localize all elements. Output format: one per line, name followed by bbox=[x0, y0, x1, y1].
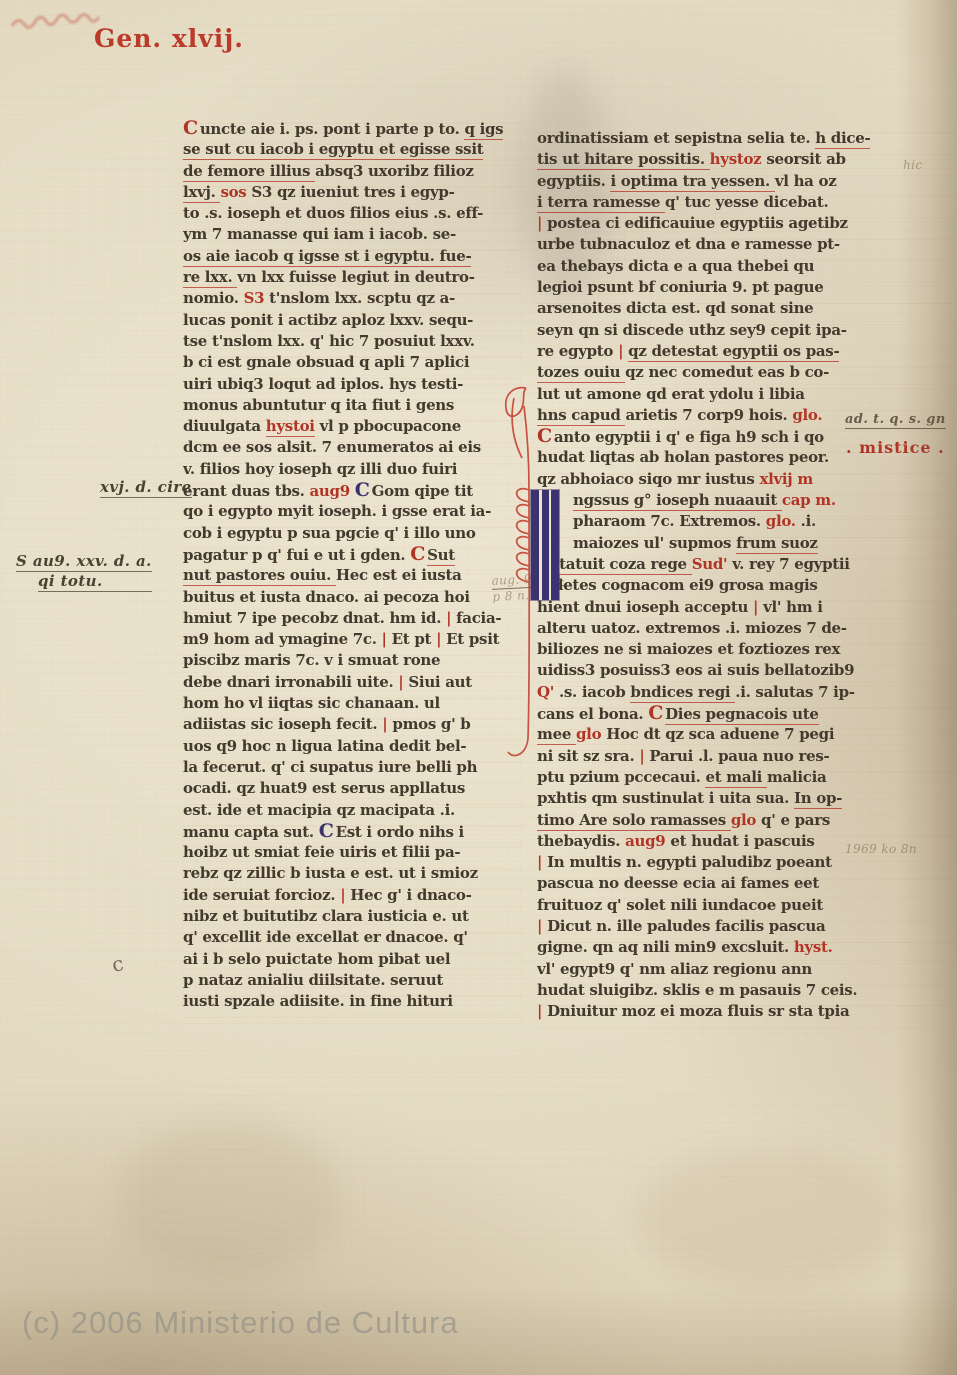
text-line: b ci est gnale obsuad q apli 7 aplici bbox=[183, 352, 525, 373]
body-text: uiri ubiq3 loqut ad iplos. hys testi- bbox=[183, 375, 463, 393]
text-line: ea thebays dicta e a qua thebei qu bbox=[537, 256, 909, 277]
body-text: ni sit sz sra. bbox=[537, 747, 639, 765]
body-text: uncte aie i. ps. pont i parte p to. bbox=[200, 120, 465, 138]
body-text: vn lxx fuisse legiut in deutro- bbox=[237, 268, 474, 286]
body-text: monus abuntutur q ita fiut i gens bbox=[183, 396, 454, 414]
body-text: maiozes ul' supmos bbox=[573, 534, 736, 552]
paraph-mark: C bbox=[355, 479, 370, 501]
body-text: Est i ordo nihs i bbox=[336, 823, 464, 841]
text-line: tse t'nslom lxx. q' hic 7 posuiut lxxv. bbox=[183, 331, 525, 352]
text-line: iusti spzale adiisite. in fine hituri bbox=[183, 991, 525, 1012]
body-text: Dicut n. ille paludes facilis pascua bbox=[547, 917, 825, 935]
body-text: hns capud bbox=[537, 406, 625, 426]
rubric-text: Sud' bbox=[692, 555, 733, 573]
body-text: et hudat i pascuis bbox=[670, 832, 814, 850]
body-text: statuit coza rege bbox=[551, 555, 692, 575]
copyright-watermark: (c) 2006 Ministerio de Cultura bbox=[22, 1305, 459, 1341]
body-text: lxvj. bbox=[183, 183, 220, 203]
body-text: qz abhoiaco siqo mr iustus bbox=[537, 470, 759, 488]
text-line: adiistas sic ioseph fecit. | pmos g' b bbox=[183, 714, 525, 735]
text-line: se sut cu iacob i egyptu et egisse ssit bbox=[183, 139, 525, 160]
text-line: pagatur p q' fui e ut i gden. CSut bbox=[183, 544, 525, 565]
rubric-text: | bbox=[382, 630, 392, 648]
body-text: se sut cu iacob i egyptu et egisse ssit bbox=[183, 140, 483, 160]
body-text: anto egyptii i q' e figa h9 sch i qo bbox=[554, 428, 824, 446]
text-line: uos q9 hoc n ligua latina dedit bel- bbox=[183, 736, 525, 757]
body-text: .i. salutas 7 ip- bbox=[735, 683, 854, 701]
body-text: la fecerut. q' ci supatus iure belli ph bbox=[183, 758, 477, 776]
text-line: hudat sluigibz. sklis e m pasauis 7 ceis… bbox=[537, 980, 909, 1001]
body-text: absq3 uxoribz filioz bbox=[315, 162, 474, 180]
text-line: hns capud arietis 7 corp9 hois. glo. bbox=[537, 405, 909, 426]
body-text: legioi psunt bf coniuria 9. pt pague bbox=[537, 278, 823, 296]
text-line: Cuncte aie i. ps. pont i parte p to. q i… bbox=[183, 118, 525, 139]
margin-note-left-1: xvj. d. cire bbox=[100, 478, 192, 496]
body-text: postea ci edificauiue egyptiis agetibz bbox=[547, 214, 848, 232]
body-text: alteru uatoz. extremos .i. miozes 7 de- bbox=[537, 619, 847, 637]
body-text: facia- bbox=[456, 609, 501, 627]
text-line: nut pastores ouiu. Hec est ei iusta bbox=[183, 565, 525, 586]
body-text: pxhtis qm sustinulat i uita sua. bbox=[537, 789, 794, 807]
body-text: Gom qipe tit bbox=[372, 482, 473, 500]
text-line: monus abuntutur q ita fiut i gens bbox=[183, 395, 525, 416]
rubric-text: sos bbox=[220, 183, 251, 201]
text-line: fruituoz q' solet nili iundacoe pueit bbox=[537, 895, 909, 916]
text-line: re lxx. vn lxx fuisse legiut in deutro- bbox=[183, 267, 525, 288]
rubric-text: aug9 bbox=[310, 482, 355, 500]
body-text: Parui .l. paua nuo res- bbox=[649, 747, 829, 765]
body-text: uidetes cognacom ei9 grosa magis bbox=[537, 576, 818, 594]
body-text: mee bbox=[537, 725, 576, 745]
text-line: timo Are solo ramasses glo q' e pars bbox=[537, 810, 909, 831]
text-line: seyn qn si discede uthz sey9 cepit ipa- bbox=[537, 320, 909, 341]
body-text: lut ut amone qd erat ydolu i libia bbox=[537, 385, 805, 403]
text-line: ide seruiat forcioz. | Hec g' i dnaco- bbox=[183, 885, 525, 906]
rubric-text: hystoz bbox=[710, 150, 767, 168]
body-text: q' e pars bbox=[761, 811, 830, 829]
body-text: Dies pegnacois ute bbox=[665, 705, 819, 725]
text-line: gigne. qn aq nili min9 excsluit. hyst. bbox=[537, 937, 909, 958]
body-text: qz detestat egyptii os pas- bbox=[628, 342, 839, 362]
text-line: maiozes ul' supmos frum suoz bbox=[537, 533, 909, 554]
text-line: est. ide et macipia qz macipata .i. bbox=[183, 800, 525, 821]
body-text: vl p pbocupacone bbox=[315, 417, 461, 435]
body-text: p nataz anialiu diilsitate. seruut bbox=[183, 971, 443, 989]
body-text: pmos g' b bbox=[392, 715, 470, 733]
rubric-text: Q' bbox=[537, 683, 554, 701]
body-text: uos q9 hoc n ligua latina dedit bel- bbox=[183, 737, 466, 755]
body-text: biliozes ne si maiozes et foztiozes rex bbox=[537, 640, 840, 658]
body-text: ea thebays dicta e a qua thebei qu bbox=[537, 257, 814, 275]
body-text: re egypto bbox=[537, 342, 618, 360]
body-text: q' tuc yesse dicebat. bbox=[665, 193, 828, 211]
text-line: | postea ci edificauiue egyptiis agetibz bbox=[537, 213, 909, 234]
body-text: urbe tubnaculoz et dna e ramesse pt- bbox=[537, 235, 840, 253]
text-line: lxvj. sos S3 qz iueniut tres i egyp- bbox=[183, 182, 525, 203]
body-text: v. rey 7 egyptii bbox=[732, 555, 849, 573]
text-line: alteru uatoz. extremos .i. miozes 7 de- bbox=[537, 618, 909, 639]
text-line: biliozes ne si maiozes et foztiozes rex bbox=[537, 639, 909, 660]
text-line: diuulgata hystoi vl p pbocupacone bbox=[183, 416, 525, 437]
rubric-text: C bbox=[537, 425, 552, 447]
body-text: S3 qz iueniut tres i egyp- bbox=[251, 183, 454, 201]
body-text: .i. bbox=[801, 512, 816, 530]
body-text: qo i egypto myit ioseph. i gsse erat ia- bbox=[183, 502, 491, 520]
rubric-text: | bbox=[436, 630, 446, 648]
body-text: In multis n. egypti paludibz poeant bbox=[547, 853, 832, 871]
body-text: i optima tra yessen. bbox=[610, 172, 774, 192]
text-line: vl' egypt9 q' nm aliaz regionu ann bbox=[537, 959, 909, 980]
body-text: ngssus g° ioseph nuaauit bbox=[573, 491, 782, 511]
text-line: | In multis n. egypti paludibz poeant bbox=[537, 852, 909, 873]
text-line: cob i egyptu p sua pgcie q' i illo uno bbox=[183, 523, 525, 544]
text-line: Q' .s. iacob bndices regi .i. salutas 7 … bbox=[537, 682, 909, 703]
text-line: to .s. ioseph et duos filios eius .s. ef… bbox=[183, 203, 525, 224]
body-text: nut pastores ouiu. bbox=[183, 566, 336, 586]
margin-note-left-2: S au9. xxv. d. a. qi totu. bbox=[16, 552, 152, 592]
body-text: lucas ponit i actibz aploz lxxv. sequ- bbox=[183, 311, 473, 329]
text-line: de femore illius absq3 uxoribz filioz bbox=[183, 161, 525, 182]
text-line: legioi psunt bf coniuria 9. pt pague bbox=[537, 277, 909, 298]
text-line: hient dnui ioseph acceptu | vl' hm i bbox=[537, 597, 909, 618]
text-line: qo i egypto myit ioseph. i gsse erat ia- bbox=[183, 501, 525, 522]
text-line: ptu pzium pccecaui. et mali malicia bbox=[537, 767, 909, 788]
text-line: hoibz ut smiat feie uiris et filii pa- bbox=[183, 842, 525, 863]
body-text: seyn qn si discede uthz sey9 cepit ipa- bbox=[537, 321, 847, 339]
body-text: cans el bona. bbox=[537, 705, 648, 723]
body-text: b ci est gnale obsuad q apli 7 aplici bbox=[183, 353, 469, 371]
body-text: pharaom 7c. Extremos. bbox=[573, 512, 766, 530]
text-line: statuit coza rege Sud' v. rey 7 egyptii bbox=[537, 554, 909, 575]
text-line: | Dicut n. ille paludes facilis pascua bbox=[537, 916, 909, 937]
body-text: dcm ee sos alsit. 7 enumeratos ai eis bbox=[183, 438, 481, 456]
body-text: ptu pzium pccecaui. bbox=[537, 768, 705, 786]
body-text: to .s. ioseph et duos filios eius .s. ef… bbox=[183, 204, 483, 222]
text-line: ocadi. qz huat9 est serus appllatus bbox=[183, 778, 525, 799]
body-text: malicia bbox=[767, 768, 826, 786]
body-text: vl ha oz bbox=[775, 172, 837, 190]
text-line: m9 hom ad ymagine 7c. | Et pt | Et psit bbox=[183, 629, 525, 650]
body-text: arsenoites dicta est. qd sonat sine bbox=[537, 299, 813, 317]
body-text: timo Are solo ramasses bbox=[537, 811, 731, 831]
body-text: frum suoz bbox=[736, 534, 818, 554]
text-line: q' excellit ide excellat er dnacoe. q' bbox=[183, 927, 525, 948]
text-line: ai i b selo puictate hom pibat uel bbox=[183, 949, 525, 970]
body-text: hudat liqtas ab holan pastores peor. bbox=[537, 448, 829, 466]
body-text: os aie iacob q igsse st i egyptu. fue- bbox=[183, 247, 471, 267]
text-line: debe dnari irronabili uite. | Siui aut bbox=[183, 672, 525, 693]
text-line: piscibz maris 7c. v i smuat rone bbox=[183, 650, 525, 671]
body-text: qz nec comedut eas b co- bbox=[625, 363, 829, 381]
body-text: buitus et iusta dnaco. ai pecoza hoi bbox=[183, 588, 470, 606]
rubric-text: hyst. bbox=[794, 938, 833, 956]
body-text: thebaydis. bbox=[537, 832, 625, 850]
text-line: v. filios hoy ioseph qz illi duo fuiri bbox=[183, 459, 525, 480]
body-text: manu capta sut. bbox=[183, 823, 319, 841]
body-text: hudat sluigibz. sklis e m pasauis 7 ceis… bbox=[537, 981, 857, 999]
text-line: hmiut 7 ipe pecobz dnat. hm id. | facia- bbox=[183, 608, 525, 629]
rubric-text: S3 bbox=[244, 289, 265, 307]
text-line: erant duas tbs. aug9 CGom qipe tit bbox=[183, 480, 525, 501]
text-line: dcm ee sos alsit. 7 enumeratos ai eis bbox=[183, 437, 525, 458]
body-text: hmiut 7 ipe pecobz dnat. hm id. bbox=[183, 609, 446, 627]
body-text: et mali bbox=[705, 768, 767, 788]
body-text: q' excellit ide excellat er dnacoe. q' bbox=[183, 928, 468, 946]
running-header: Gen. xlvij. bbox=[94, 24, 244, 53]
margin-curl: c bbox=[110, 951, 126, 977]
body-text: iusti spzale adiisite. in fine hituri bbox=[183, 992, 453, 1010]
text-line: p nataz anialiu diilsitate. seruut bbox=[183, 970, 525, 991]
text-line: re egypto | qz detestat egyptii os pas- bbox=[537, 341, 909, 362]
text-line: cans el bona. CDies pegnacois ute bbox=[537, 703, 909, 724]
body-text: hoibz ut smiat feie uiris et filii pa- bbox=[183, 843, 460, 861]
body-text: fruituoz q' solet nili iundacoe pueit bbox=[537, 896, 823, 914]
rubric-text: | bbox=[639, 747, 649, 765]
body-text: ai i b selo puictate hom pibat uel bbox=[183, 950, 450, 968]
rubric-text: | bbox=[618, 342, 628, 360]
text-line: ni sit sz sra. | Parui .l. paua nuo res- bbox=[537, 746, 909, 767]
manuscript-page: Gen. xlvij. xvj. d. cire S au9. xxv. d. … bbox=[0, 0, 957, 1375]
text-line: la fecerut. q' ci supatus iure belli ph bbox=[183, 757, 525, 778]
body-text: diuulgata bbox=[183, 417, 266, 435]
text-line: tozes ouiu qz nec comedut eas b co- bbox=[537, 362, 909, 383]
body-text: uidiss3 posuiss3 eos ai suis bellatozib9 bbox=[537, 661, 854, 679]
body-text: ym 7 manasse qui iam i iacob. se- bbox=[183, 225, 456, 243]
body-text: ocadi. qz huat9 est serus appllatus bbox=[183, 779, 465, 797]
body-text: Siui aut bbox=[408, 673, 472, 691]
body-text: Et pt bbox=[392, 630, 436, 648]
text-line: ym 7 manasse qui iam i iacob. se- bbox=[183, 224, 525, 245]
paraph-mark: C bbox=[319, 820, 334, 842]
body-text: Hoc dt qz sca aduene 7 pegi bbox=[606, 725, 834, 743]
left-text-column: Cuncte aie i. ps. pont i parte p to. q i… bbox=[183, 118, 525, 1020]
text-line: tis ut hitare possitis. hystoz seorsit a… bbox=[537, 149, 909, 170]
rubric-text: aug9 bbox=[625, 832, 670, 850]
text-line: nomio. S3 t'nslom lxx. scptu qz a- bbox=[183, 288, 525, 309]
text-line: uiri ubiq3 loqut ad iplos. hys testi- bbox=[183, 374, 525, 395]
text-line: Canto egyptii i q' e figa h9 sch i qo bbox=[537, 426, 909, 447]
body-text: de femore illius bbox=[183, 162, 315, 182]
body-text: arietis 7 corp9 hois. bbox=[625, 406, 792, 424]
text-line: rebz qz zillic b iusta e est. ut i smioz bbox=[183, 863, 525, 884]
body-text: h dice- bbox=[815, 129, 870, 149]
body-text: Hec g' i dnaco- bbox=[350, 886, 471, 904]
body-text: erant duas tbs. bbox=[183, 482, 310, 500]
text-line: hom ho vl iiqtas sic chanaan. ul bbox=[183, 693, 525, 714]
body-text: seorsit ab bbox=[766, 150, 845, 168]
text-line: i terra ramesse q' tuc yesse dicebat. bbox=[537, 192, 909, 213]
rubric-text: C bbox=[410, 543, 425, 565]
rubric-text: | bbox=[382, 715, 392, 733]
body-text: ide seruiat forcioz. bbox=[183, 886, 340, 904]
rubric-text: glo. bbox=[766, 512, 801, 530]
body-text: m9 hom ad ymagine 7c. bbox=[183, 630, 382, 648]
body-text: tis ut hitare possitis. bbox=[537, 150, 710, 170]
body-text: Dniuitur moz ei moza fluis sr sta tpia bbox=[547, 1002, 849, 1020]
rubric-text: hystoi bbox=[266, 417, 315, 437]
rubric-text: | bbox=[537, 917, 547, 935]
body-text: nomio. bbox=[183, 289, 244, 307]
body-text: ordinatissiam et sepistna selia te. bbox=[537, 129, 815, 147]
body-text: In op- bbox=[794, 789, 842, 809]
body-text: q igs bbox=[464, 120, 503, 140]
body-text: nibz et buitutibz clara iusticia e. ut bbox=[183, 907, 469, 925]
body-text: gigne. qn aq nili min9 excsluit. bbox=[537, 938, 794, 956]
body-text: v. filios hoy ioseph qz illi duo fuiri bbox=[183, 460, 457, 478]
body-text: .s. iacob bbox=[554, 683, 630, 701]
text-line: buitus et iusta dnaco. ai pecoza hoi bbox=[183, 587, 525, 608]
right-text-column: ordinatissiam et sepistna selia te. h di… bbox=[537, 128, 909, 1028]
text-line: mee glo Hoc dt qz sca aduene 7 pegi bbox=[537, 724, 909, 745]
text-line: nibz et buitutibz clara iusticia e. ut bbox=[183, 906, 525, 927]
rubric-text: | bbox=[446, 609, 456, 627]
body-text: vl' hm i bbox=[763, 598, 823, 616]
text-line: qz abhoiaco siqo mr iustus xlvij m bbox=[537, 469, 909, 490]
body-text: t'nslom lxx. scptu qz a- bbox=[264, 289, 455, 307]
text-line: hudat liqtas ab holan pastores peor. bbox=[537, 447, 909, 468]
body-text: rebz qz zillic b iusta e est. ut i smioz bbox=[183, 864, 478, 882]
text-line: pascua no deesse ecia ai fames eet bbox=[537, 873, 909, 894]
text-line: ordinatissiam et sepistna selia te. h di… bbox=[537, 128, 909, 149]
body-text: debe dnari irronabili uite. bbox=[183, 673, 398, 691]
body-text: tozes ouiu bbox=[537, 363, 625, 383]
text-line: os aie iacob q igsse st i egyptu. fue- bbox=[183, 246, 525, 267]
text-line: ngssus g° ioseph nuaauit cap m. bbox=[537, 490, 909, 511]
body-text: adiistas sic ioseph fecit. bbox=[183, 715, 382, 733]
body-text: vl' egypt9 q' nm aliaz regionu ann bbox=[537, 960, 812, 978]
illuminated-initial-I bbox=[531, 490, 559, 600]
text-line: thebaydis. aug9 et hudat i pascuis bbox=[537, 831, 909, 852]
rubric-text: | bbox=[537, 214, 547, 232]
rubric-text: glo bbox=[576, 725, 606, 743]
text-line: pxhtis qm sustinulat i uita sua. In op- bbox=[537, 788, 909, 809]
text-line: uidiss3 posuiss3 eos ai suis bellatozib9 bbox=[537, 660, 909, 681]
rubric-text: | bbox=[340, 886, 350, 904]
body-text: bndices regi bbox=[630, 683, 735, 703]
body-text: pascua no deesse ecia ai fames eet bbox=[537, 874, 819, 892]
text-line: uidetes cognacom ei9 grosa magis bbox=[537, 575, 909, 596]
body-text: est. ide et macipia qz macipata .i. bbox=[183, 801, 455, 819]
rubric-text: glo. bbox=[792, 406, 822, 424]
rubric-text: | bbox=[753, 598, 763, 616]
text-line: manu capta sut. CEst i ordo nihs i bbox=[183, 821, 525, 842]
text-line: urbe tubnaculoz et dna e ramesse pt- bbox=[537, 234, 909, 255]
body-text: hient dnui ioseph acceptu bbox=[537, 598, 753, 616]
text-line: arsenoites dicta est. qd sonat sine bbox=[537, 298, 909, 319]
text-line: pharaom 7c. Extremos. glo. .i. bbox=[537, 511, 909, 532]
rubric-text: | bbox=[537, 1002, 547, 1020]
body-text: hom ho vl iiqtas sic chanaan. ul bbox=[183, 694, 440, 712]
rubric-text: C bbox=[648, 702, 663, 724]
text-line: egyptiis. i optima tra yessen. vl ha oz bbox=[537, 171, 909, 192]
body-text: egyptiis. bbox=[537, 172, 610, 190]
rubric-text: | bbox=[398, 673, 408, 691]
text-line: lucas ponit i actibz aploz lxxv. sequ- bbox=[183, 310, 525, 331]
body-text: i terra ramesse bbox=[537, 193, 665, 213]
body-text: Hec est ei iusta bbox=[336, 566, 462, 584]
parchment-stain bbox=[120, 1120, 340, 1280]
parchment-stain bbox=[640, 1150, 900, 1290]
text-line: | Dniuitur moz ei moza fluis sr sta tpia bbox=[537, 1001, 909, 1022]
rubric-text: xlvij m bbox=[759, 470, 812, 488]
rubric-text: C bbox=[183, 118, 198, 139]
body-text: Et psit bbox=[446, 630, 499, 648]
body-text: tse t'nslom lxx. q' hic 7 posuiut lxxv. bbox=[183, 332, 475, 350]
body-text: pagatur p q' fui e ut i gden. bbox=[183, 546, 410, 564]
body-text: piscibz maris 7c. v i smuat rone bbox=[183, 651, 440, 669]
rubric-text: glo bbox=[731, 811, 761, 829]
rubric-text: cap m. bbox=[782, 491, 836, 509]
body-text: cob i egyptu p sua pgcie q' i illo uno bbox=[183, 524, 476, 542]
text-line: lut ut amone qd erat ydolu i libia bbox=[537, 384, 909, 405]
rubric-text: | bbox=[537, 853, 547, 871]
body-text: Sut bbox=[427, 546, 455, 566]
body-text: re lxx. bbox=[183, 268, 237, 288]
